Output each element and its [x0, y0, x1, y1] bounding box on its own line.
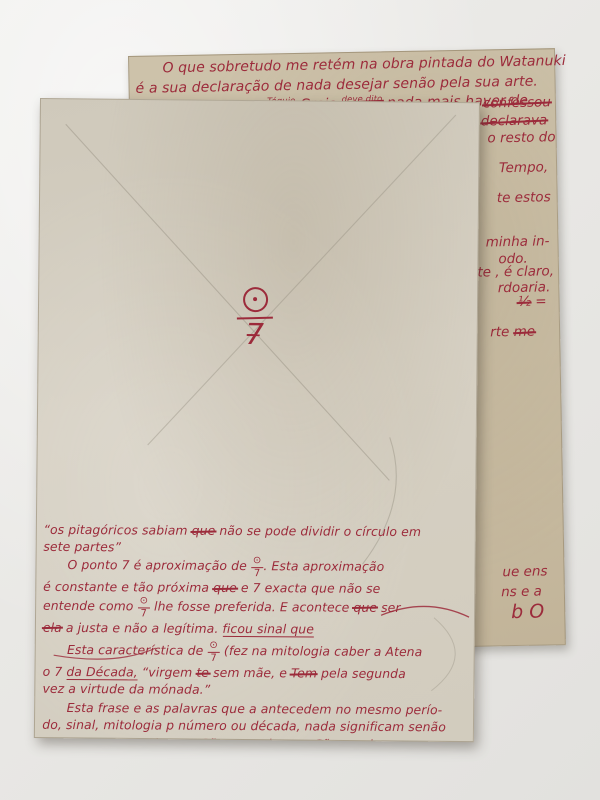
manuscript-line: O ponto 7 é aproximação de ⊙7. Esta apro…: [43, 555, 475, 581]
manuscript-line: vez a virtude da mónada.”: [42, 680, 474, 700]
manuscript-fragment: confessou: [483, 94, 551, 111]
manuscript-fragment: ½ =: [518, 293, 547, 310]
manuscript-fragment: o resto do: [487, 129, 555, 146]
manuscript-line: entende como ⊙7 lhe fosse preferida. E a…: [43, 595, 475, 621]
manuscript-fragment: minha in-: [486, 233, 550, 250]
front-card-paragraph: “os pitagóricos sabiam que não se pode d…: [42, 521, 475, 742]
manuscript-line: Esta característica de ⊙7 (fez na mitolo…: [43, 640, 475, 666]
manuscript-fragment: b O: [511, 600, 544, 623]
circumpunct-over-seven-inline: ⊙7: [137, 596, 150, 619]
circumpunct-over-seven-inline: ⊙7: [207, 641, 220, 664]
manuscript-line: do, sinal, mitologia p número ou década,…: [42, 716, 474, 736]
manuscript-line: é constante e tão próxima que e 7 exacta…: [43, 578, 475, 598]
circumpunct-over-seven-symbol: 7: [235, 287, 276, 350]
manuscript-line: ela a justa e não a legítima. ficou sina…: [43, 618, 475, 638]
photo-background: O que sobretudo me retém na obra pintada…: [0, 0, 600, 800]
circumpunct-over-seven-inline: ⊙7: [251, 556, 264, 579]
manuscript-fragment: te , é claro,: [477, 263, 554, 280]
numeral-seven: 7: [245, 319, 264, 350]
manuscript-fragment: Tempo,: [499, 159, 548, 176]
circumpunct-dot: [253, 297, 257, 301]
manuscript-fragment: ue ens: [502, 563, 547, 580]
circumpunct-icon: [242, 287, 267, 312]
manuscript-fragment: declarava: [481, 112, 548, 129]
manuscript-fragment: ns e a: [501, 584, 542, 601]
manuscript-fragment: te estos: [497, 189, 551, 206]
manuscript-fragment: rte me: [490, 324, 535, 341]
front-manuscript-card: 7 “os pitagóricos sabiam que não se pode…: [34, 98, 480, 742]
